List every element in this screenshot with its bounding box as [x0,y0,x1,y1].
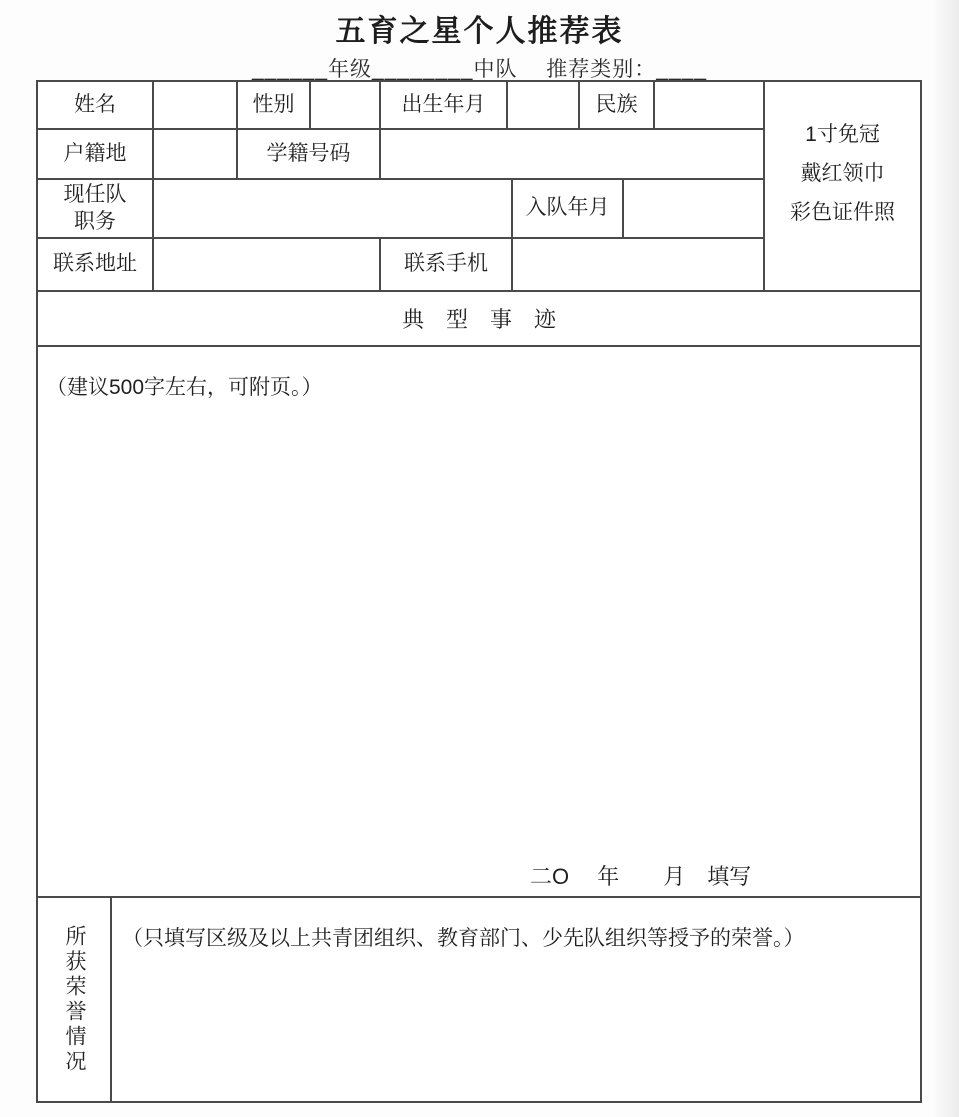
duty-value-cell[interactable] [154,180,513,239]
phone-label: 联系手机 [381,239,513,292]
form-subtitle: ______年级________中队 推荐类别：____ [0,53,959,83]
deeds-content-text[interactable] [38,401,920,422]
student-id-value-cell[interactable] [381,130,763,180]
row-residence-studentid: 户籍地 学籍号码 [38,130,763,180]
personal-info-block: 姓名 性别 出生年月 民族 户籍地 学籍号码 现任队职务 入队年月 [38,82,920,292]
name-label: 姓名 [38,82,154,130]
gender-value-cell[interactable] [311,82,381,130]
ethnicity-value-cell[interactable] [655,82,763,130]
row-name-gender-birth-ethnic: 姓名 性别 出生年月 民族 [38,82,763,130]
photo-instructions: 1寸免冠 戴红领巾 彩色证件照 [790,116,895,233]
birth-date-label: 出生年月 [381,82,508,130]
gender-label: 性别 [238,82,311,130]
address-label: 联系地址 [38,239,154,292]
honors-content-text[interactable] [112,952,920,973]
honors-content-cell[interactable]: （只填写区级及以上共青团组织、教育部门、少先队组织等授予的荣誉。） [112,898,920,1101]
row-duty-joindate: 现任队职务 入队年月 [38,180,763,239]
page-edge-shade [931,0,959,1117]
ethnicity-label: 民族 [580,82,655,130]
phone-value-cell[interactable] [513,239,763,292]
duty-label: 现任队职务 [38,180,154,239]
fill-date-line: 二O 年 月 填写 [530,860,751,891]
deeds-hint: （建议500字左右，可附页。） [38,347,920,401]
honors-section: 所获荣誉情况 （只填写区级及以上共青团组织、教育部门、少先队组织等授予的荣誉。） [38,898,920,1101]
join-date-label: 入队年月 [513,180,624,239]
deeds-section-header: 典 型 事 迹 [38,292,920,347]
address-value-cell[interactable] [154,239,381,292]
photo-box[interactable]: 1寸免冠 戴红领巾 彩色证件照 [763,82,920,292]
residence-value-cell[interactable] [154,130,238,180]
honors-label-cell: 所获荣誉情况 [38,898,112,1101]
student-id-label: 学籍号码 [238,130,381,180]
row-address-phone: 联系地址 联系手机 [38,239,763,292]
duty-label-text: 现任队职务 [60,182,130,235]
residence-label: 户籍地 [38,130,154,180]
deeds-content-cell[interactable]: （建议500字左右，可附页。） 二O 年 月 填写 [38,347,920,898]
join-date-value-cell[interactable] [624,180,763,239]
form-table: 姓名 性别 出生年月 民族 户籍地 学籍号码 现任队职务 入队年月 [36,80,922,1103]
form-title: 五育之星个人推荐表 [0,6,959,50]
name-value-cell[interactable] [154,82,238,130]
honors-hint: （只填写区级及以上共青团组织、教育部门、少先队组织等授予的荣誉。） [112,898,920,952]
birth-date-value-cell[interactable] [508,82,580,130]
personal-info-grid: 姓名 性别 出生年月 民族 户籍地 学籍号码 现任队职务 入队年月 [38,82,763,292]
honors-label: 所获荣誉情况 [59,925,89,1075]
